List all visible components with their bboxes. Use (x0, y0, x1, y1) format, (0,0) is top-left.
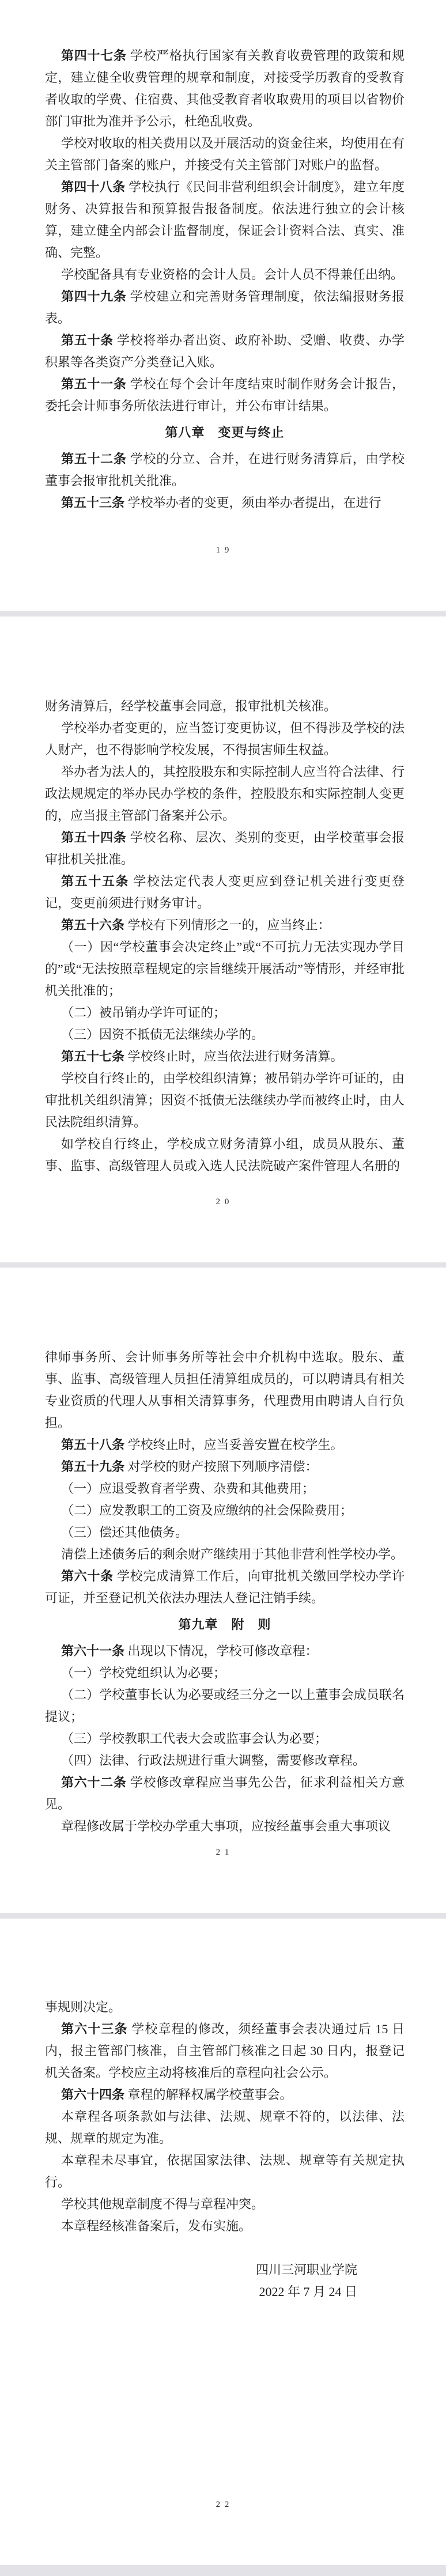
article-54-paragraph: 第五十四条 学校名称、层次、类别的变更，由学校董事会报审批机关批准。 (45, 827, 405, 871)
document: 第四十七条 学校严格执行国家有关教育收费管理的政策和规定，建立健全收费管理的规章… (0, 0, 446, 2565)
article-text: 学校举办者的变更，须由举办者提出，在进行 (124, 495, 381, 510)
body-paragraph: 如学校自行终止，学校成立财务清算小组，成员从股东、董事、监事、高级管理人员或入选… (45, 1133, 405, 1177)
article-number: 第六十三条 (61, 2022, 128, 2036)
paragraph-text: 如学校自行终止，学校成立财务清算小组，成员从股东、董事、监事、高级管理人员或入选… (45, 1137, 405, 1173)
article-number: 第六十二条 (61, 1775, 127, 1790)
article-62-paragraph: 第六十二条 学校修改章程应当事先公告，征求利益相关方意见。 (45, 1772, 405, 1815)
body-paragraph: 学校自行终止的，由学校组织清算；被吊销办学许可证的，由审批机关组织清算；因资不抵… (45, 1068, 405, 1133)
body-paragraph: 学校配备具有专业资格的会计人员。会计人员不得兼任出纳。 (45, 264, 405, 286)
page-20: 财务清算后，经学校董事会同意，报审批机关核准。 学校举办者变更的，应当签订变更协… (0, 616, 446, 1262)
article-number: 第四十九条 (61, 289, 127, 304)
paragraph-text: 学校其他规章制度不得与章程冲突。 (61, 2197, 264, 2211)
list-item-3: （三）偿还其他债务。 (45, 1522, 405, 1544)
article-55-paragraph: 第五十五条 学校法定代表人变更应到登记机关进行变更登记，变更前须进行财务审计。 (45, 871, 405, 914)
paragraph-text: 本章程各项条款如与法律、法规、规章不符的，以法律、法规、规章的规定为准。 (45, 2109, 405, 2146)
chapter-9-heading: 第九章 附 则 (45, 1614, 405, 1636)
body-paragraph: 本章程经核准备案后，发布实施。 (45, 2215, 405, 2237)
body-paragraph: 学校对收取的相关费用以及开展活动的资金往来，均使用在有关主管部门备案的账户，并接… (45, 133, 405, 176)
paragraph-text: 事规则决定。 (45, 2000, 121, 2014)
article-number: 第五十九条 (61, 1459, 124, 1474)
article-47-paragraph: 第四十七条 学校严格执行国家有关教育收费管理的政策和规定，建立健全收费管理的规章… (45, 45, 405, 133)
article-number: 第六十四条 (61, 2087, 124, 2102)
list-item-2: （二）被吊销办学许可证的； (45, 1002, 405, 1024)
paragraph-text: （一）因“学校董事会决定终止”或“不可抗力无法实现办学目的”或“无法按照章程规定… (45, 940, 405, 998)
paragraph-text: （三）学校教职工代表大会或监事会认为必要； (61, 1731, 327, 1746)
paragraph-text: 清偿上述债务后的剩余财产继续用于其他非营利性学校办学。 (61, 1547, 403, 1561)
paragraph-text: （二）应发教职工的工资及应缴纳的社会保险费用； (61, 1503, 353, 1518)
paragraph-text: （二）被吊销办学许可证的； (61, 1005, 226, 1020)
paragraph-text: （一）学校党组织认为必要； (61, 1666, 226, 1680)
article-59-paragraph: 第五十九条 对学校的财产按照下列顺序清偿： (45, 1456, 405, 1478)
list-item-3: （三）学校教职工代表大会或监事会认为必要； (45, 1728, 405, 1750)
article-48-paragraph: 第四十八条 学校执行《民间非营利组织会计制度》，建立年度财务、决算报告和预算报告… (45, 176, 405, 264)
article-number: 第五十一条 (61, 377, 127, 391)
paragraph-text: （三）偿还其他债务。 (61, 1525, 188, 1539)
article-number: 第五十七条 (61, 1049, 124, 1064)
paragraph-text: （四）法律、行政法规进行重大调整，需要修改章程。 (61, 1753, 365, 1768)
paragraph-text: 学校自行终止的，由学校组织清算；被吊销办学许可证的，由审批机关组织清算；因资不抵… (45, 1071, 405, 1129)
article-50-paragraph: 第五十条 学校将举办者出资、政府补助、受赠、收费、办学积累等各类资产分类登记入账… (45, 330, 405, 373)
article-56-paragraph: 第五十六条 学校有下列情形之一的，应当终止： (45, 914, 405, 936)
body-paragraph: 本章程各项条款如与法律、法规、规章不符的，以法律、法规、规章的规定为准。 (45, 2106, 405, 2150)
article-52-paragraph: 第五十二条 学校的分立、合并，在进行财务清算后，由学校董事会报审批机关批准。 (45, 448, 405, 492)
article-number: 第五十三条 (61, 495, 124, 510)
list-item-2: （二）学校董事长认为必要或经三分之一以上董事会成员联名提议； (45, 1684, 405, 1728)
article-text: 出现以下情况，学校可修改章程： (124, 1644, 318, 1658)
paragraph-text: 学校配备具有专业资格的会计人员。会计人员不得兼任出纳。 (61, 267, 403, 282)
paragraph-text: 本章程未尽事宜，依据国家法律、法规、规章等有关规定执行。 (45, 2153, 405, 2189)
list-item-1: （一）学校党组织认为必要； (45, 1662, 405, 1684)
list-item-1: （一）应退受教育者学费、杂费和其他费用； (45, 1478, 405, 1500)
article-49-paragraph: 第四十九条 学校建立和完善财务管理制度，依法编报财务报表。 (45, 286, 405, 330)
article-number: 第四十八条 (61, 180, 125, 194)
chapter-8-heading: 第八章 变更与终止 (45, 422, 405, 444)
body-paragraph: 清偿上述债务后的剩余财产继续用于其他非营利性学校办学。 (45, 1544, 405, 1565)
article-number: 第五十条 (61, 333, 114, 347)
article-text: 章程的解释权属学校董事会。 (124, 2087, 293, 2102)
continuation-paragraph: 律师事务所、会计师事务所等社会中介机构中选取。股东、董事、监事、高级管理人员担任… (45, 1346, 405, 1434)
page-22: 事规则决定。 第六十三条 学校章程的修改，须经董事会表决通过后 15 日内，报主… (0, 1919, 446, 2565)
continuation-paragraph: 事规则决定。 (45, 1996, 405, 2018)
list-item-3: （三）因资不抵债无法继续办学的。 (45, 1024, 405, 1046)
article-63-paragraph: 第六十三条 学校章程的修改，须经董事会表决通过后 15 日内，报主管部门核准，自… (45, 2018, 405, 2084)
paragraph-text: 本章程经核准备案后，发布实施。 (61, 2219, 251, 2233)
paragraph-text: 章程修改属于学校办学重大事项，应按经董事会重大事项议 (61, 1819, 391, 1833)
article-53-paragraph: 第五十三条 学校举办者的变更，须由举办者提出，在进行 (45, 492, 405, 514)
article-61-paragraph: 第六十一条 出现以下情况，学校可修改章程： (45, 1640, 405, 1662)
body-paragraph: 举办者为法人的，其控股股东和实际控制人应当符合法律、行政法规规定的举办民办学校的… (45, 761, 405, 827)
article-number: 第六十条 (61, 1569, 114, 1583)
document-viewer: { "colors": { "background": "#e3e3e7", "… (0, 0, 446, 2576)
article-text: 学校有下列情形之一的，应当终止： (124, 918, 331, 932)
article-number: 第五十二条 (61, 452, 127, 466)
paragraph-text: 举办者为法人的，其控股股东和实际控制人应当符合法律、行政法规规定的举办民办学校的… (45, 765, 405, 823)
paragraph-text: 律师事务所、会计师事务所等社会中介机构中选取。股东、董事、监事、高级管理人员担任… (45, 1350, 405, 1430)
body-paragraph: 学校举办者变更的，应当签订变更协议，但不得涉及学校的法人财产，也不得影响学校发展… (45, 717, 405, 761)
article-58-paragraph: 第五十八条 学校终止时，应当妥善安置在校学生。 (45, 1434, 405, 1456)
article-60-paragraph: 第六十条 学校完成清算工作后，向审批机关缴回学校办学许可证，并至登记机关依法办理… (45, 1565, 405, 1609)
paragraph-text: （三）因资不抵债无法继续办学的。 (61, 1027, 264, 1042)
page-number: 2 2 (0, 2500, 446, 2510)
signature-date: 2022 年 7 月 24 日 (45, 2281, 405, 2303)
list-item-2: （二）应发教职工的工资及应缴纳的社会保险费用； (45, 1500, 405, 1522)
article-number: 第五十八条 (61, 1438, 124, 1452)
page-number: 2 0 (0, 1197, 446, 1207)
continuation-paragraph: 财务清算后，经学校董事会同意，报审批机关核准。 (45, 695, 405, 717)
article-51-paragraph: 第五十一条 学校在每个会计年度结束时制作财务会计报告，委托会计师事务所依法进行审… (45, 373, 405, 417)
article-text: 学校终止时，应当依法进行财务清算。 (124, 1049, 343, 1064)
article-number: 第五十四条 (61, 830, 127, 845)
page-number: 2 1 (0, 1848, 446, 1858)
page-number: 1 9 (0, 546, 446, 555)
article-number: 第四十七条 (61, 48, 127, 63)
paragraph-text: 财务清算后，经学校董事会同意，报审批机关核准。 (45, 699, 337, 713)
body-paragraph: 学校其他规章制度不得与章程冲突。 (45, 2193, 405, 2215)
signature-school-name: 四川三河职业学院 (45, 2259, 405, 2281)
paragraph-text: （二）学校董事长认为必要或经三分之一以上董事会成员联名提议； (45, 1688, 405, 1724)
paragraph-text: （一）应退受教育者学费、杂费和其他费用； (61, 1481, 315, 1496)
article-64-paragraph: 第六十四条 章程的解释权属学校董事会。 (45, 2084, 405, 2106)
page-21: 律师事务所、会计师事务所等社会中介机构中选取。股东、董事、监事、高级管理人员担任… (0, 1268, 446, 1913)
article-text: 对学校的财产按照下列顺序清偿： (124, 1459, 318, 1474)
paragraph-text: 学校举办者变更的，应当签订变更协议，但不得涉及学校的法人财产，也不得影响学校发展… (45, 721, 405, 757)
body-paragraph: 章程修改属于学校办学重大事项，应按经董事会重大事项议 (45, 1815, 405, 1837)
body-paragraph: 本章程未尽事宜，依据国家法律、法规、规章等有关规定执行。 (45, 2150, 405, 2193)
article-number: 第五十五条 (61, 874, 129, 888)
article-number: 第五十六条 (61, 918, 124, 932)
list-item-4: （四）法律、行政法规进行重大调整，需要修改章程。 (45, 1750, 405, 1772)
article-number: 第六十一条 (61, 1644, 124, 1658)
list-item-1: （一）因“学校董事会决定终止”或“不可抗力无法实现办学目的”或“无法按照章程规定… (45, 936, 405, 1002)
article-57-paragraph: 第五十七条 学校终止时，应当依法进行财务清算。 (45, 1046, 405, 1068)
paragraph-text: 学校对收取的相关费用以及开展活动的资金往来，均使用在有关主管部门备案的账户，并接… (45, 136, 405, 172)
article-text: 学校终止时，应当妥善安置在校学生。 (124, 1438, 343, 1452)
page-19: 第四十七条 学校严格执行国家有关教育收费管理的政策和规定，建立健全收费管理的规章… (0, 0, 446, 611)
